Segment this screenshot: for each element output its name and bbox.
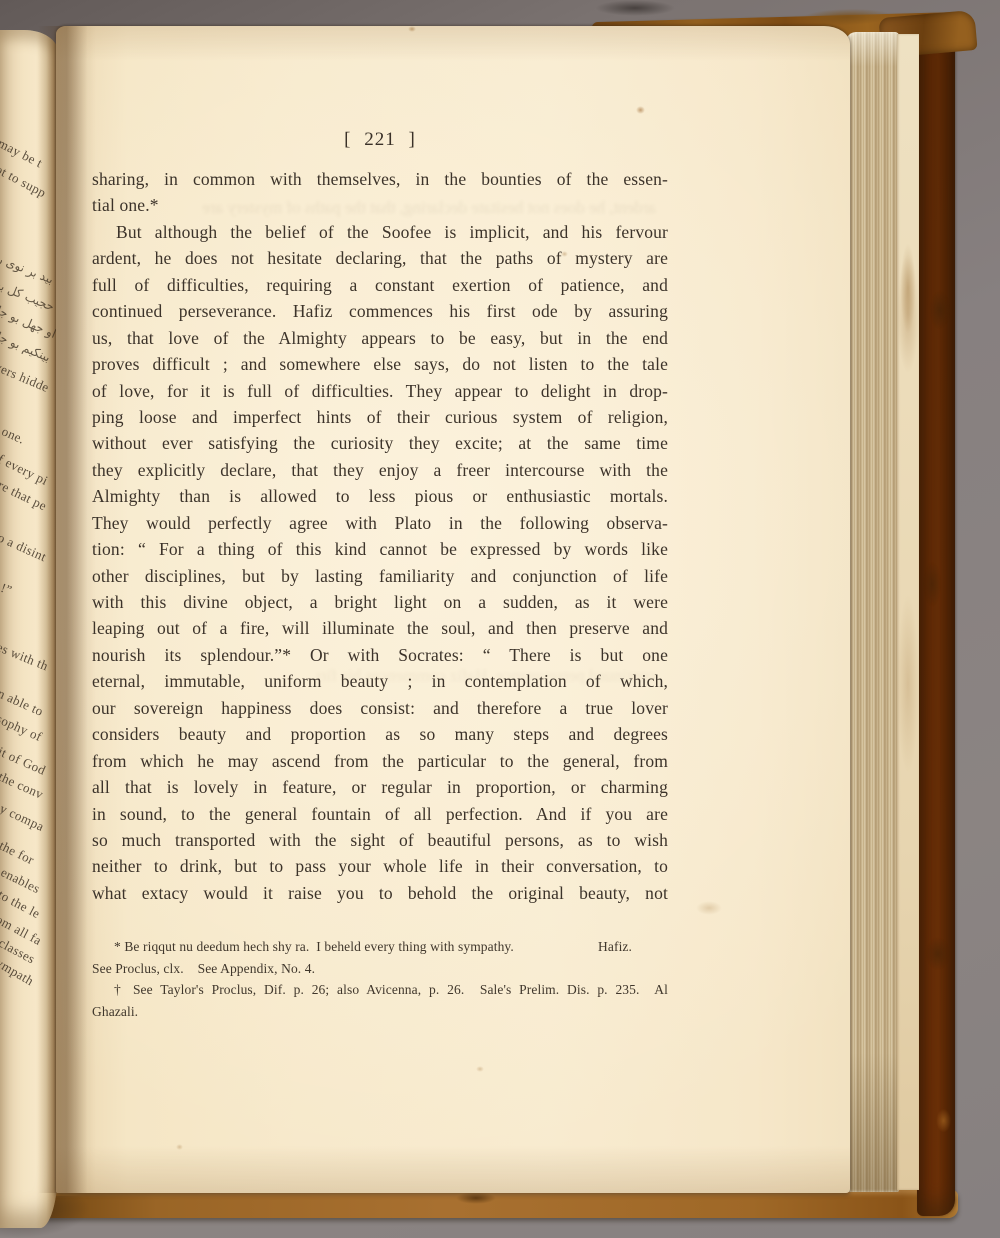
leather-tear (801, 8, 891, 27)
book-page: ardent, he does not hesitate declaring, … (56, 26, 850, 1193)
page-stack-fore-edge (846, 32, 899, 1192)
body-text-line: ardent, he does not hesitate declaring, … (92, 245, 668, 271)
body-text-line: without ever satisfying the curiosity th… (92, 430, 668, 456)
body-text-line: of love, for it is full of difficulties.… (92, 378, 668, 404)
body-text-line: our sovereign happiness does consist: an… (92, 695, 668, 721)
footnote-text: * Be riqqut nu deedum hech shy ra. I beh… (92, 936, 514, 958)
body-text-line: They would perfectly agree with Plato in… (92, 510, 668, 536)
body-text-line: sharing, in common with themselves, in t… (92, 166, 668, 192)
body-text-line: us, that love of the Almighty appears to… (92, 325, 668, 351)
body-text-line: from which he may ascend from the partic… (92, 748, 668, 774)
footnote-attribution: Hafiz. (598, 936, 632, 958)
facing-page-text-fragment: n the for (0, 833, 37, 868)
body-text-line: other disciplines, but by lasting famili… (92, 563, 668, 589)
body-text-line: ping loose and imperfect hints of their … (92, 404, 668, 430)
footnote-text: Ghazali. (92, 1004, 138, 1019)
body-text-line: what extacy would it raise you to behold… (92, 880, 668, 906)
book-photograph: it may be tnot to suppبید بر نوی رازنج ح… (0, 0, 1000, 1238)
body-text-line: in sound, to the general fountain of all… (92, 801, 668, 827)
body-text-line: nourish its splendour.”* Or with Socrate… (92, 642, 668, 668)
body-text-line: leaping out of a fire, will illuminate t… (92, 615, 668, 641)
foxing-spot (476, 1066, 484, 1072)
endpaper-strip (897, 34, 919, 1190)
body-text-line: tial one.* (92, 192, 668, 218)
body-text-line: full of difficulties, requiring a consta… (92, 272, 668, 298)
body-text-line: Almighty than is allowed to less pious o… (92, 483, 668, 509)
body-text: sharing, in common with themselves, in t… (92, 166, 668, 906)
facing-page-text-fragment: lves with th (0, 635, 51, 674)
background-smudge (595, 0, 675, 16)
body-text-line: all that is lovely in feature, or regula… (92, 774, 668, 800)
body-text-line: neither to drink, but to pass your whole… (92, 853, 668, 879)
facing-page-edge: it may be tnot to suppبید بر نوی رازنج ح… (0, 30, 58, 1228)
leather-binding-bottom-edge (26, 1190, 958, 1218)
facing-page-text-fragment: s. (0, 658, 3, 676)
body-text-line: continued perseverance. Hafiz commences … (92, 298, 668, 324)
foxing-spot (176, 1144, 183, 1150)
leather-binding-right-cover (917, 24, 955, 1216)
footnotes: * Be riqqut nu deedum hech shy ra. I beh… (92, 936, 668, 1022)
body-text-line: with this divine object, a bright light … (92, 589, 668, 615)
footnote-line: * Be riqqut nu deedum hech shy ra. I beh… (92, 936, 668, 958)
footnote-text: † See Taylor's Proclus, Dif. p. 26; also… (92, 982, 668, 997)
body-text-line: But although the belief of the Soofee is… (92, 219, 668, 245)
facing-page-text-fragment: r one. (0, 420, 27, 448)
footnote-text: See Proclus, clx. See Appendix, No. 4. (92, 961, 315, 976)
foxing-spot (696, 901, 722, 915)
endpaper-stain (897, 594, 919, 774)
footnote-line: See Proclus, clx. See Appendix, No. 4. (92, 958, 668, 980)
page-number: [ 221 ] (92, 129, 668, 151)
footnote-line: Ghazali. (92, 1001, 668, 1023)
facing-page-text-fragment: to a disint (0, 528, 49, 565)
body-text-line: so much transported with the sight of be… (92, 827, 668, 853)
text-block: [ 221 ] sharing, in common with themselv… (92, 26, 668, 1022)
endpaper-stain (897, 254, 919, 374)
leather-mottling (917, 24, 955, 1216)
leather-stain (456, 1192, 496, 1204)
body-text-line: tion: “ For a thing of this kind cannot … (92, 536, 668, 562)
body-text-line: considers beauty and proportion as so ma… (92, 721, 668, 747)
body-text-line: they explicitly declare, that they enjoy… (92, 457, 668, 483)
footnote-line: † See Taylor's Proclus, Dif. p. 26; also… (92, 979, 668, 1001)
body-text-line: eternal, immutable, uniform beauty ; in … (92, 668, 668, 694)
facing-page-text-fragment: !” (0, 580, 14, 599)
body-text-line: proves difficult ; and somewhere else sa… (92, 351, 668, 377)
